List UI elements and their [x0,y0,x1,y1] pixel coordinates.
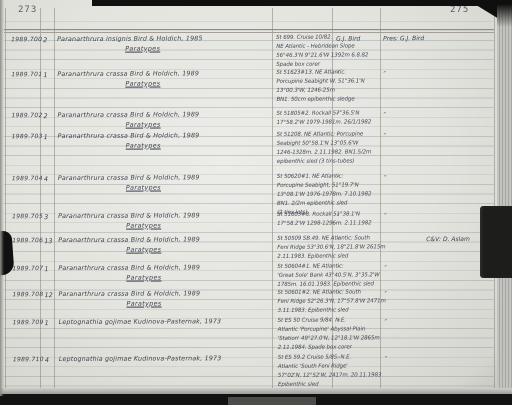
type-status: Paratypes [126,142,161,149]
collector-ditto: ″ [338,356,341,364]
specimen-count: 1 [45,319,49,327]
specimen-count: 4 [45,356,49,364]
collector-ditto: ″ [337,237,340,245]
specimen-count: 2 [44,112,48,120]
register-row: 1989.709 1 Leptognathia gojimae Kudinova… [1,317,498,330]
acquisition-ditto: ″ [384,111,387,119]
acquisition-ditto: ″ [384,132,387,140]
specimen-count: 2 [43,36,47,44]
taxon-name: Paranarthrura crassa Bird & Holdich, 198… [58,236,200,244]
register-row: 1989.702 2 Paranarthrura crassa Bird & H… [0,110,497,123]
specimen-count: 12 [44,291,52,299]
specimen-count: 3 [44,213,48,221]
collector-ditto: ″ [337,213,340,221]
page-left-shadow [0,0,4,396]
taxon-name: Paranarthrura crassa Bird & Holdich, 198… [58,132,200,140]
taxon-name: Paranarthrura crassa Bird & Holdich, 198… [58,111,200,119]
scan-background-top [92,0,512,6]
taxon-name: Paranarthrura insignis Bird & Holdich, 1… [57,35,203,43]
collector-ditto: ″ [337,265,340,273]
acquisition-ditto: ″ [385,318,388,326]
registration-number: 1989.704 [12,175,43,182]
acquisition-ditto: ″ [383,70,386,78]
collector-ditto: ″ [337,175,340,183]
taxon-name: Paranarthrura crassa Bird & Holdich, 198… [58,174,200,182]
acquisition-ditto: ″ [384,212,387,220]
type-status: Paratypes [126,184,161,191]
registration-number: 1989.710 [13,356,44,363]
collector-ditto: ″ [338,319,341,327]
specimen-count: 1 [44,133,48,141]
type-status: Paratypes [125,80,160,87]
register-row: 1989.701 1 Paranarthrura crassa Bird & H… [0,69,496,82]
registration-number: 1989.709 [13,319,44,326]
registration-number: 1989.706 [12,237,43,244]
acquisition-note: C&V: D. Aslam [426,236,470,243]
type-status: Paratypes [126,121,161,128]
taxon-name: Paranarthrura crassa Bird & Holdich, 198… [58,264,200,272]
page-stack-edge [497,5,512,395]
register-row: 1989.703 1 Paranarthrura crassa Bird & H… [0,131,497,144]
register-row: 1989.708 12 Paranarthrura crassa Bird & … [0,289,497,302]
type-status: Paratypes [126,222,161,229]
register-scan: 273 275 1989.700 2 Paranarthrura insigni… [0,0,512,405]
registration-number: 1989.708 [12,291,43,298]
register-row: 1989.705 3 Paranarthrura crassa Bird & H… [0,211,497,224]
acquisition-ditto: ″ [384,264,387,272]
collector-ditto: ″ [337,112,340,120]
register-row: 1989.710 4 Leptognathia gojimae Kudinova… [1,354,498,367]
page-stack-edge-shadow [497,5,512,27]
type-status: Paratypes [127,300,162,307]
specimen-count: 1 [44,265,48,273]
registration-number: 1989.700 [11,36,42,43]
register-row: 1989.706 13 Paranarthrura crassa Bird & … [0,235,497,248]
table-edge-notch [228,397,316,405]
register-row: 1989.704 4 Paranarthrura crassa Bird & H… [0,173,497,186]
taxon-name: Paranarthrura crassa Bird & Holdich, 198… [57,70,199,78]
collector-ditto: ″ [336,71,339,79]
registration-number: 1989.705 [12,213,43,220]
acquisition-ditto: ″ [384,290,387,298]
registration-number: 1989.703 [12,133,43,140]
handwritten-entries: 1989.700 2 Paranarthrura insignis Bird &… [0,0,512,405]
specimen-count: 1 [43,71,47,79]
registration-number: 1989.707 [12,265,43,272]
acquisition-ditto: ″ [385,355,388,363]
specimen-count: 13 [44,237,52,245]
acquisition: Pres: G.J. Bird [383,35,424,42]
type-status: Paratypes [126,274,161,281]
acquisition-ditto: ″ [384,174,387,182]
collector-ditto: ″ [337,133,340,141]
collector-ditto: ″ [337,291,340,299]
taxon-name: Leptognathia gojimae Kudinova-Pasternak,… [59,355,222,363]
registration-number: 1989.702 [12,112,43,119]
taxon-name: Leptognathia gojimae Kudinova-Pasternak,… [59,318,222,326]
type-status: Paratypes [125,45,160,52]
taxon-name: Paranarthrura crassa Bird & Holdich, 198… [58,290,200,298]
collector: G.J. Bird [336,35,360,42]
registration-number: 1989.701 [11,71,42,78]
type-status: Paratypes [126,246,161,253]
black-tab-marker [480,206,512,278]
register-row: 1989.707 1 Paranarthrura crassa Bird & H… [0,263,497,276]
taxon-name: Paranarthrura crassa Bird & Holdich, 198… [58,212,200,220]
register-row: 1989.700 2 Paranarthrura insignis Bird &… [0,34,496,47]
specimen-count: 4 [44,175,48,183]
